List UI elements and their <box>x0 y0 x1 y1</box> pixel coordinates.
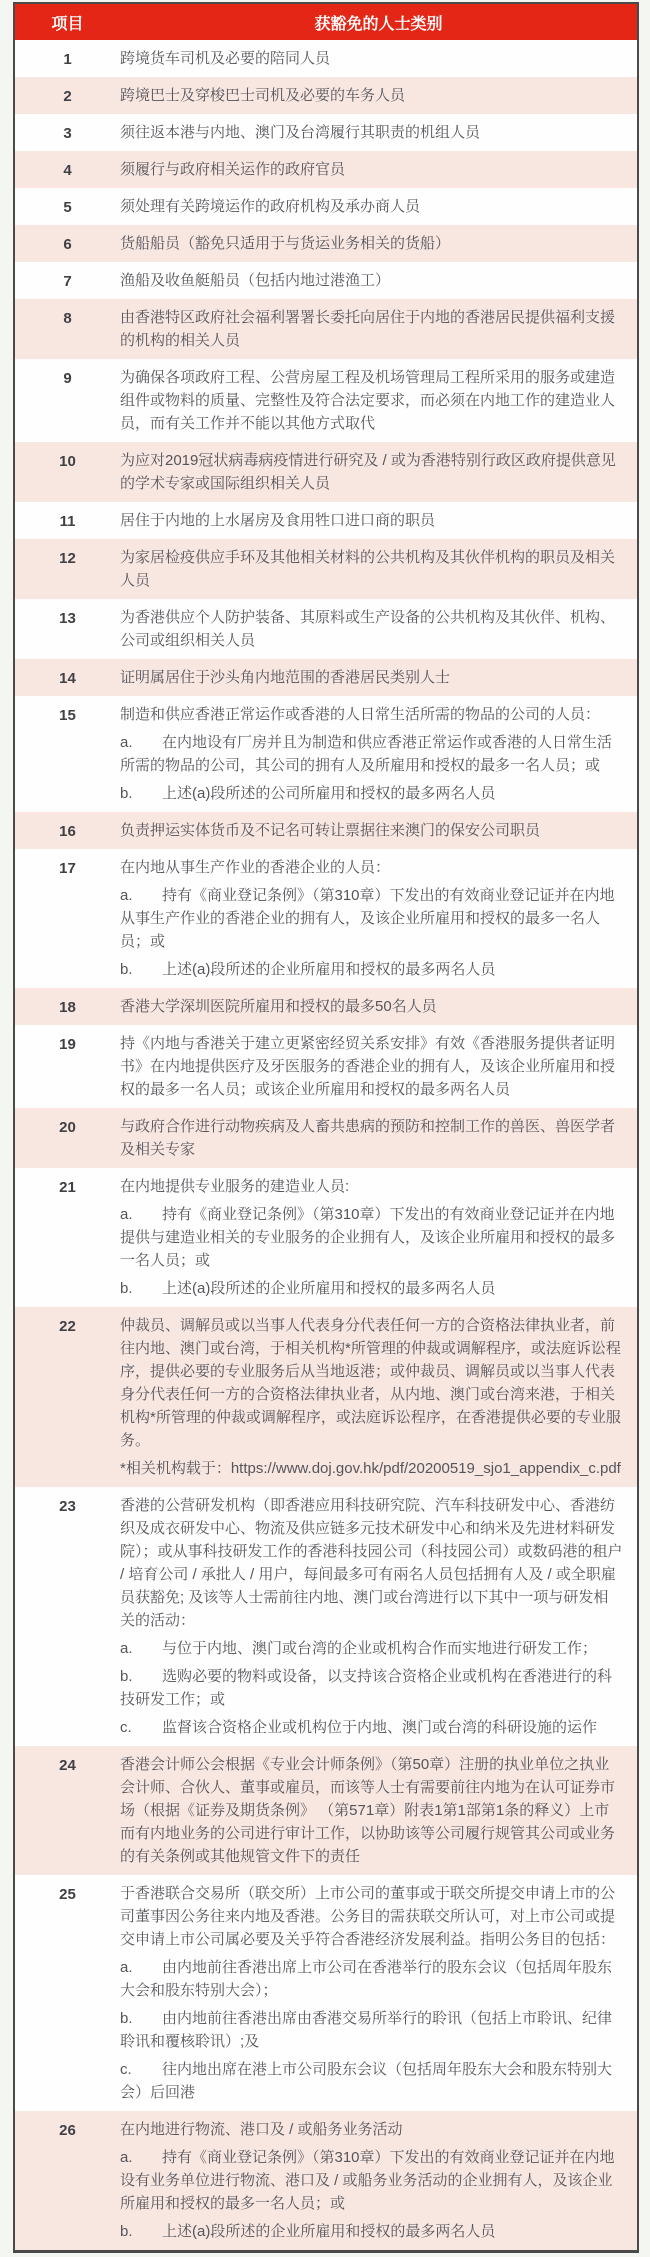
item-paragraph: 香港的公营研发机构（即香港应用科技研究院、汽车科技研发中心、香港纺织及成衣研发中… <box>120 1494 623 1632</box>
item-description: 由香港特区政府社会福利署署长委托向居住于内地的香港居民提供福利支援的机构的相关人… <box>120 299 637 359</box>
sub-item-label: b. <box>120 1277 162 1300</box>
item-paragraph: 负责押运实体货币及不记名可转让票据往来澳门的保安公司职员 <box>120 819 623 842</box>
sub-item-label: b. <box>120 782 162 805</box>
table-row: 15制造和供应香港正常运作或香港的人日常生活所需的物品的公司的人员：a.在内地设… <box>15 696 637 812</box>
table-row: 20与政府合作进行动物疾病及人畜共患病的预防和控制工作的兽医、兽医学者及相关专家 <box>15 1108 637 1168</box>
item-description: 跨境货车司机及必要的陪同人员 <box>120 40 637 77</box>
sub-item-label: a. <box>120 2146 162 2169</box>
sub-item-paragraph: a.持有《商业登记条例》（第310章）下发出的有效商业登记证并在内地从事生产作业… <box>120 884 623 953</box>
sub-item-paragraph: c.监督该合资格企业或机构位于内地、澳门或台湾的科研设施的运作 <box>120 1716 623 1739</box>
table-row: 12为家居检疫供应手环及其他相关材料的公共机构及其伙伴机构的职员及相关人员 <box>15 539 637 599</box>
item-number: 8 <box>15 299 120 359</box>
table-row: 9为确保各项政府工程、公营房屋工程及机场管理局工程所采用的服务或建造组件或物料的… <box>15 359 637 442</box>
item-paragraph: 与政府合作进行动物疾病及人畜共患病的预防和控制工作的兽医、兽医学者及相关专家 <box>120 1115 623 1161</box>
sub-item-label: b. <box>120 958 162 981</box>
item-description: 为应对2019冠状病毒病疫情进行研究及 / 或为香港特别行政区政府提供意见的学术… <box>120 442 637 502</box>
item-number: 12 <box>15 539 120 599</box>
item-paragraph: 渔船及收鱼艇船员（包括内地过港渔工） <box>120 269 623 292</box>
item-description: 香港大学深圳医院所雇用和授权的最多50名人员 <box>120 988 637 1025</box>
item-description: 为香港供应个人防护装备、其原料或生产设备的公共机构及其伙伴、机构、公司或组织相关… <box>120 599 637 659</box>
item-description: 居住于内地的上水屠房及食用牲口进口商的职员 <box>120 502 637 539</box>
item-number: 26 <box>15 2111 120 2250</box>
item-number: 3 <box>15 114 120 151</box>
table-row: 25于香港联合交易所（联交所）上市公司的董事或于联交所提交申请上市的公司董事因公… <box>15 1875 637 2111</box>
item-paragraph: 香港大学深圳医院所雇用和授权的最多50名人员 <box>120 995 623 1018</box>
item-paragraph: 仲裁员、调解员或以当事人代表身分代表任何一方的合资格法律执业者，前往内地、澳门或… <box>120 1314 623 1452</box>
table-row: 18香港大学深圳医院所雇用和授权的最多50名人员 <box>15 988 637 1025</box>
table-row: 1跨境货车司机及必要的陪同人员 <box>15 40 637 77</box>
item-number: 20 <box>15 1108 120 1168</box>
item-description: 跨境巴士及穿梭巴士司机及必要的车务人员 <box>120 77 637 114</box>
table-row: 24香港会计师公会根据《专业会计师条例》（第50章）注册的执业单位之执业会计师、… <box>15 1746 637 1875</box>
table-row: 14证明属居住于沙头角内地范围的香港居民类别人士 <box>15 659 637 696</box>
item-description: 在内地进行物流、港口及 / 或船务业务活动a.持有《商业登记条例》（第310章）… <box>120 2111 637 2250</box>
table-row: 11居住于内地的上水屠房及食用牲口进口商的职员 <box>15 502 637 539</box>
table-row: 2跨境巴士及穿梭巴士司机及必要的车务人员 <box>15 77 637 114</box>
item-description: 仲裁员、调解员或以当事人代表身分代表任何一方的合资格法律执业者，前往内地、澳门或… <box>120 1307 637 1487</box>
table-row: 5须处理有关跨境运作的政府机构及承办商人员 <box>15 188 637 225</box>
table-header-row: 项目 获豁免的人士类别 <box>15 4 637 40</box>
item-description: 与政府合作进行动物疾病及人畜共患病的预防和控制工作的兽医、兽医学者及相关专家 <box>120 1108 637 1168</box>
item-paragraph: 在内地提供专业服务的建造业人员: <box>120 1175 623 1198</box>
item-number: 13 <box>15 599 120 659</box>
table-body: 1跨境货车司机及必要的陪同人员2跨境巴士及穿梭巴士司机及必要的车务人员3须往返本… <box>15 40 637 2250</box>
item-paragraph: 货船船员（豁免只适用于与货运业务相关的货船） <box>120 232 623 255</box>
sub-item-paragraph: a.在内地设有厂房并且为制造和供应香港正常运作或香港的人日常生活所需的物品的公司… <box>120 731 623 777</box>
item-description: 制造和供应香港正常运作或香港的人日常生活所需的物品的公司的人员：a.在内地设有厂… <box>120 696 637 812</box>
sub-item-label: a. <box>120 1203 162 1226</box>
sub-item-label: c. <box>120 1716 162 1739</box>
sub-item-paragraph: a.与位于内地、澳门或台湾的企业或机构合作而实地进行研发工作； <box>120 1637 623 1660</box>
item-number: 15 <box>15 696 120 812</box>
item-paragraph: 须往返本港与内地、澳门及台湾履行其职责的机组人员 <box>120 121 623 144</box>
sub-item-paragraph: b.选购必要的物料或设备，以支持该合资格企业或机构在香港进行的科技研发工作；或 <box>120 1665 623 1711</box>
table-row: 10为应对2019冠状病毒病疫情进行研究及 / 或为香港特别行政区政府提供意见的… <box>15 442 637 502</box>
item-number: 14 <box>15 659 120 696</box>
item-number: 16 <box>15 812 120 849</box>
item-paragraph: *相关机构载于：https://www.doj.gov.hk/pdf/20200… <box>120 1457 623 1480</box>
table-row: 22仲裁员、调解员或以当事人代表身分代表任何一方的合资格法律执业者，前往内地、澳… <box>15 1307 637 1487</box>
header-item-column: 项目 <box>15 11 120 34</box>
item-description: 香港的公营研发机构（即香港应用科技研究院、汽车科技研发中心、香港纺织及成衣研发中… <box>120 1487 637 1746</box>
item-paragraph: 由香港特区政府社会福利署署长委托向居住于内地的香港居民提供福利支援的机构的相关人… <box>120 306 623 352</box>
table-row: 3须往返本港与内地、澳门及台湾履行其职责的机组人员 <box>15 114 637 151</box>
exemption-table: 项目 获豁免的人士类别 1跨境货车司机及必要的陪同人员2跨境巴士及穿梭巴士司机及… <box>13 2 639 2253</box>
item-paragraph: 为香港供应个人防护装备、其原料或生产设备的公共机构及其伙伴、机构、公司或组织相关… <box>120 606 623 652</box>
item-description: 须履行与政府相关运作的政府官员 <box>120 151 637 188</box>
sub-item-paragraph: a.持有《商业登记条例》（第310章）下发出的有效商业登记证并在内地设有业务单位… <box>120 2146 623 2215</box>
header-category-column: 获豁免的人士类别 <box>120 11 637 34</box>
item-description: 须往返本港与内地、澳门及台湾履行其职责的机组人员 <box>120 114 637 151</box>
item-number: 4 <box>15 151 120 188</box>
table-row: 26在内地进行物流、港口及 / 或船务业务活动a.持有《商业登记条例》（第310… <box>15 2111 637 2250</box>
item-paragraph: 于香港联合交易所（联交所）上市公司的董事或于联交所提交申请上市的公司董事因公务往… <box>120 1882 623 1951</box>
table-row: 17在内地从事生产作业的香港企业的人员：a.持有《商业登记条例》（第310章）下… <box>15 849 637 988</box>
table-row: 21在内地提供专业服务的建造业人员:a.持有《商业登记条例》（第310章）下发出… <box>15 1168 637 1307</box>
item-paragraph: 制造和供应香港正常运作或香港的人日常生活所需的物品的公司的人员： <box>120 703 623 726</box>
item-description: 须处理有关跨境运作的政府机构及承办商人员 <box>120 188 637 225</box>
item-description: 在内地提供专业服务的建造业人员:a.持有《商业登记条例》（第310章）下发出的有… <box>120 1168 637 1307</box>
item-description: 于香港联合交易所（联交所）上市公司的董事或于联交所提交申请上市的公司董事因公务往… <box>120 1875 637 2111</box>
item-description: 货船船员（豁免只适用于与货运业务相关的货船） <box>120 225 637 262</box>
item-description: 在内地从事生产作业的香港企业的人员：a.持有《商业登记条例》（第310章）下发出… <box>120 849 637 988</box>
sub-item-paragraph: c.往内地出席在港上市公司股东会议（包括周年股东大会和股东特别大会）后回港 <box>120 2058 623 2104</box>
item-number: 1 <box>15 40 120 77</box>
item-paragraph: 在内地从事生产作业的香港企业的人员： <box>120 856 623 879</box>
item-description: 证明属居住于沙头角内地范围的香港居民类别人士 <box>120 659 637 696</box>
sub-item-label: a. <box>120 1956 162 1979</box>
item-paragraph: 居住于内地的上水屠房及食用牲口进口商的职员 <box>120 509 623 532</box>
table-row: 7渔船及收鱼艇船员（包括内地过港渔工） <box>15 262 637 299</box>
sub-item-paragraph: b.上述(a)段所述的公司所雇用和授权的最多两名人员 <box>120 782 623 805</box>
item-description: 为确保各项政府工程、公营房屋工程及机场管理局工程所采用的服务或建造组件或物料的质… <box>120 359 637 442</box>
item-number: 5 <box>15 188 120 225</box>
sub-item-paragraph: b.上述(a)段所述的企业所雇用和授权的最多两名人员 <box>120 1277 623 1300</box>
table-row: 8由香港特区政府社会福利署署长委托向居住于内地的香港居民提供福利支援的机构的相关… <box>15 299 637 359</box>
sub-item-label: c. <box>120 2058 162 2081</box>
sub-item-paragraph: b.上述(a)段所述的企业所雇用和授权的最多两名人员 <box>120 958 623 981</box>
sub-item-label: b. <box>120 2007 162 2030</box>
item-description: 为家居检疫供应手环及其他相关材料的公共机构及其伙伴机构的职员及相关人员 <box>120 539 637 599</box>
item-number: 22 <box>15 1307 120 1487</box>
item-number: 6 <box>15 225 120 262</box>
table-row: 19持《内地与香港关于建立更紧密经贸关系安排》有效《香港服务提供者证明书》在内地… <box>15 1025 637 1108</box>
item-description: 持《内地与香港关于建立更紧密经贸关系安排》有效《香港服务提供者证明书》在内地提供… <box>120 1025 637 1108</box>
item-number: 19 <box>15 1025 120 1108</box>
item-description: 渔船及收鱼艇船员（包括内地过港渔工） <box>120 262 637 299</box>
item-paragraph: 跨境货车司机及必要的陪同人员 <box>120 47 623 70</box>
sub-item-label: a. <box>120 731 162 754</box>
item-number: 24 <box>15 1746 120 1875</box>
item-paragraph: 为确保各项政府工程、公营房屋工程及机场管理局工程所采用的服务或建造组件或物料的质… <box>120 366 623 435</box>
sub-item-paragraph: b.上述(a)段所述的企业所雇用和授权的最多两名人员 <box>120 2220 623 2243</box>
item-number: 7 <box>15 262 120 299</box>
item-paragraph: 证明属居住于沙头角内地范围的香港居民类别人士 <box>120 666 623 689</box>
item-paragraph: 持《内地与香港关于建立更紧密经贸关系安排》有效《香港服务提供者证明书》在内地提供… <box>120 1032 623 1101</box>
item-paragraph: 为家居检疫供应手环及其他相关材料的公共机构及其伙伴机构的职员及相关人员 <box>120 546 623 592</box>
item-number: 17 <box>15 849 120 988</box>
sub-item-label: b. <box>120 1665 162 1688</box>
sub-item-label: a. <box>120 1637 162 1660</box>
table-row: 13为香港供应个人防护装备、其原料或生产设备的公共机构及其伙伴、机构、公司或组织… <box>15 599 637 659</box>
item-paragraph: 在内地进行物流、港口及 / 或船务业务活动 <box>120 2118 623 2141</box>
table-row: 16负责押运实体货币及不记名可转让票据往来澳门的保安公司职员 <box>15 812 637 849</box>
item-paragraph: 跨境巴士及穿梭巴士司机及必要的车务人员 <box>120 84 623 107</box>
item-paragraph: 为应对2019冠状病毒病疫情进行研究及 / 或为香港特别行政区政府提供意见的学术… <box>120 449 623 495</box>
item-number: 23 <box>15 1487 120 1746</box>
item-description: 负责押运实体货币及不记名可转让票据往来澳门的保安公司职员 <box>120 812 637 849</box>
item-number: 18 <box>15 988 120 1025</box>
item-paragraph: 香港会计师公会根据《专业会计师条例》（第50章）注册的执业单位之执业会计师、合伙… <box>120 1753 623 1868</box>
item-number: 11 <box>15 502 120 539</box>
item-paragraph: 须处理有关跨境运作的政府机构及承办商人员 <box>120 195 623 218</box>
item-description: 香港会计师公会根据《专业会计师条例》（第50章）注册的执业单位之执业会计师、合伙… <box>120 1746 637 1875</box>
sub-item-label: a. <box>120 884 162 907</box>
item-number: 25 <box>15 1875 120 2111</box>
item-number: 9 <box>15 359 120 442</box>
table-row: 4须履行与政府相关运作的政府官员 <box>15 151 637 188</box>
sub-item-paragraph: a.持有《商业登记条例》（第310章）下发出的有效商业登记证并在内地提供与建造业… <box>120 1203 623 1272</box>
sub-item-paragraph: b.由内地前往香港出席由香港交易所举行的聆讯（包括上市聆讯、纪律聆讯和覆核聆讯）… <box>120 2007 623 2053</box>
table-row: 6货船船员（豁免只适用于与货运业务相关的货船） <box>15 225 637 262</box>
item-number: 2 <box>15 77 120 114</box>
item-paragraph: 须履行与政府相关运作的政府官员 <box>120 158 623 181</box>
item-number: 10 <box>15 442 120 502</box>
item-number: 21 <box>15 1168 120 1307</box>
sub-item-paragraph: a.由内地前往香港出席上市公司在香港举行的股东会议（包括周年股东大会和股东特别大… <box>120 1956 623 2002</box>
table-row: 23香港的公营研发机构（即香港应用科技研究院、汽车科技研发中心、香港纺织及成衣研… <box>15 1487 637 1746</box>
sub-item-label: b. <box>120 2220 162 2243</box>
